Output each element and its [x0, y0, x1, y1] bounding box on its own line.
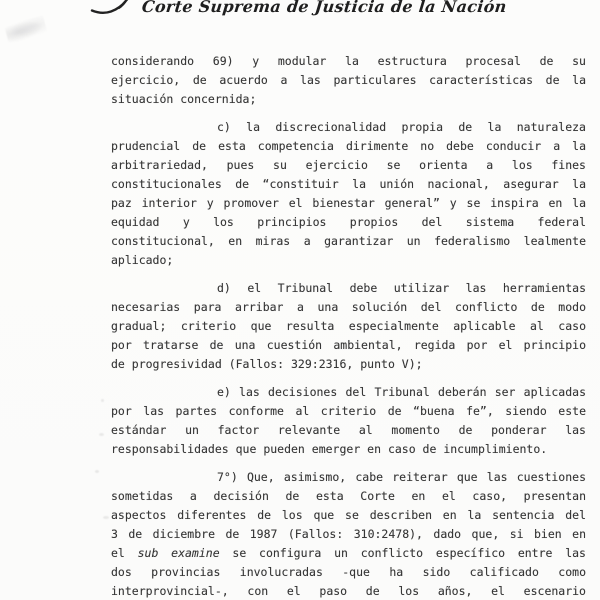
document-line: interprovincial-, con el paso de los año… [111, 582, 586, 600]
document-line: aplicado; [111, 251, 586, 270]
document-body: considerando 69) y modular la estructura… [111, 52, 586, 600]
document-line: dos provincias involucradas -que ha sido… [111, 563, 586, 582]
document-line: considerando 69) y modular la estructura… [111, 52, 586, 71]
document-line: prudencial de esta competencia dirimente… [111, 137, 586, 156]
document-line: paz interior y promover el bienestar gen… [111, 194, 586, 213]
document-line: equidad y los principios propios del sis… [111, 213, 586, 232]
document-line: c) la discrecionalidad propia de la natu… [111, 118, 586, 137]
document-line: constitucionales de “constituir la unión… [111, 175, 586, 194]
document-line: constitucional, en miras a garantizar un… [111, 232, 586, 251]
document-line: aspectos diferentes de los que se descri… [111, 506, 586, 525]
document-line: arbitrariedad, pues su ejercicio se orie… [111, 156, 586, 175]
scan-speck [99, 433, 104, 436]
paragraph-considerando-continuation: considerando 69) y modular la estructura… [111, 52, 586, 109]
document-line: el sub examine se configura un conflicto… [111, 544, 586, 563]
paragraph-considerando-7: 7°) Que, asimismo, cabe reiterar que las… [111, 468, 586, 600]
document-line: sometidas a decisión de esta Corte en el… [111, 487, 586, 506]
document-line: de progresividad (Fallos: 329:2316, punt… [111, 355, 586, 374]
scan-speck [95, 470, 99, 473]
script-flourish-icon [88, 0, 132, 18]
document-line: e) las decisiones del Tribunal deberán s… [111, 383, 586, 402]
document-line: necesarias para arribar a una solución d… [111, 298, 586, 317]
scan-speck [101, 399, 104, 402]
document-line: 7°) Que, asimismo, cabe reiterar que las… [111, 468, 586, 487]
document-line: d) el Tribunal debe utilizar las herrami… [111, 279, 586, 298]
document-line: gradual; criterio que resulta especialme… [111, 317, 586, 336]
paragraph-item-c: c) la discrecionalidad propia de la natu… [111, 118, 586, 270]
document-line: por las partes conforme al criterio de “… [111, 402, 586, 421]
court-title: Corte Suprema de Justicia de la Nación [141, 0, 508, 16]
scan-speck [103, 516, 109, 519]
document-line: responsabilidades que pueden emerger en … [111, 440, 586, 459]
document-line: situación concernida; [111, 90, 586, 109]
document-line: estándar un factor relevante al momento … [111, 421, 586, 440]
paragraph-item-d: d) el Tribunal debe utilizar las herrami… [111, 279, 586, 374]
document-line: por tratarse de una cuestión ambiental, … [111, 336, 586, 355]
document-line: ejercicio, de acuerdo a las particulares… [111, 71, 586, 90]
letterhead: Corte Suprema de Justicia de la Nación [0, 0, 600, 48]
paragraph-item-e: e) las decisiones del Tribunal deberán s… [111, 383, 586, 459]
document-line: 3 de diciembre de 1987 (Fallos: 310:2478… [111, 525, 586, 544]
document-page: Corte Suprema de Justicia de la Nación c… [0, 0, 600, 600]
